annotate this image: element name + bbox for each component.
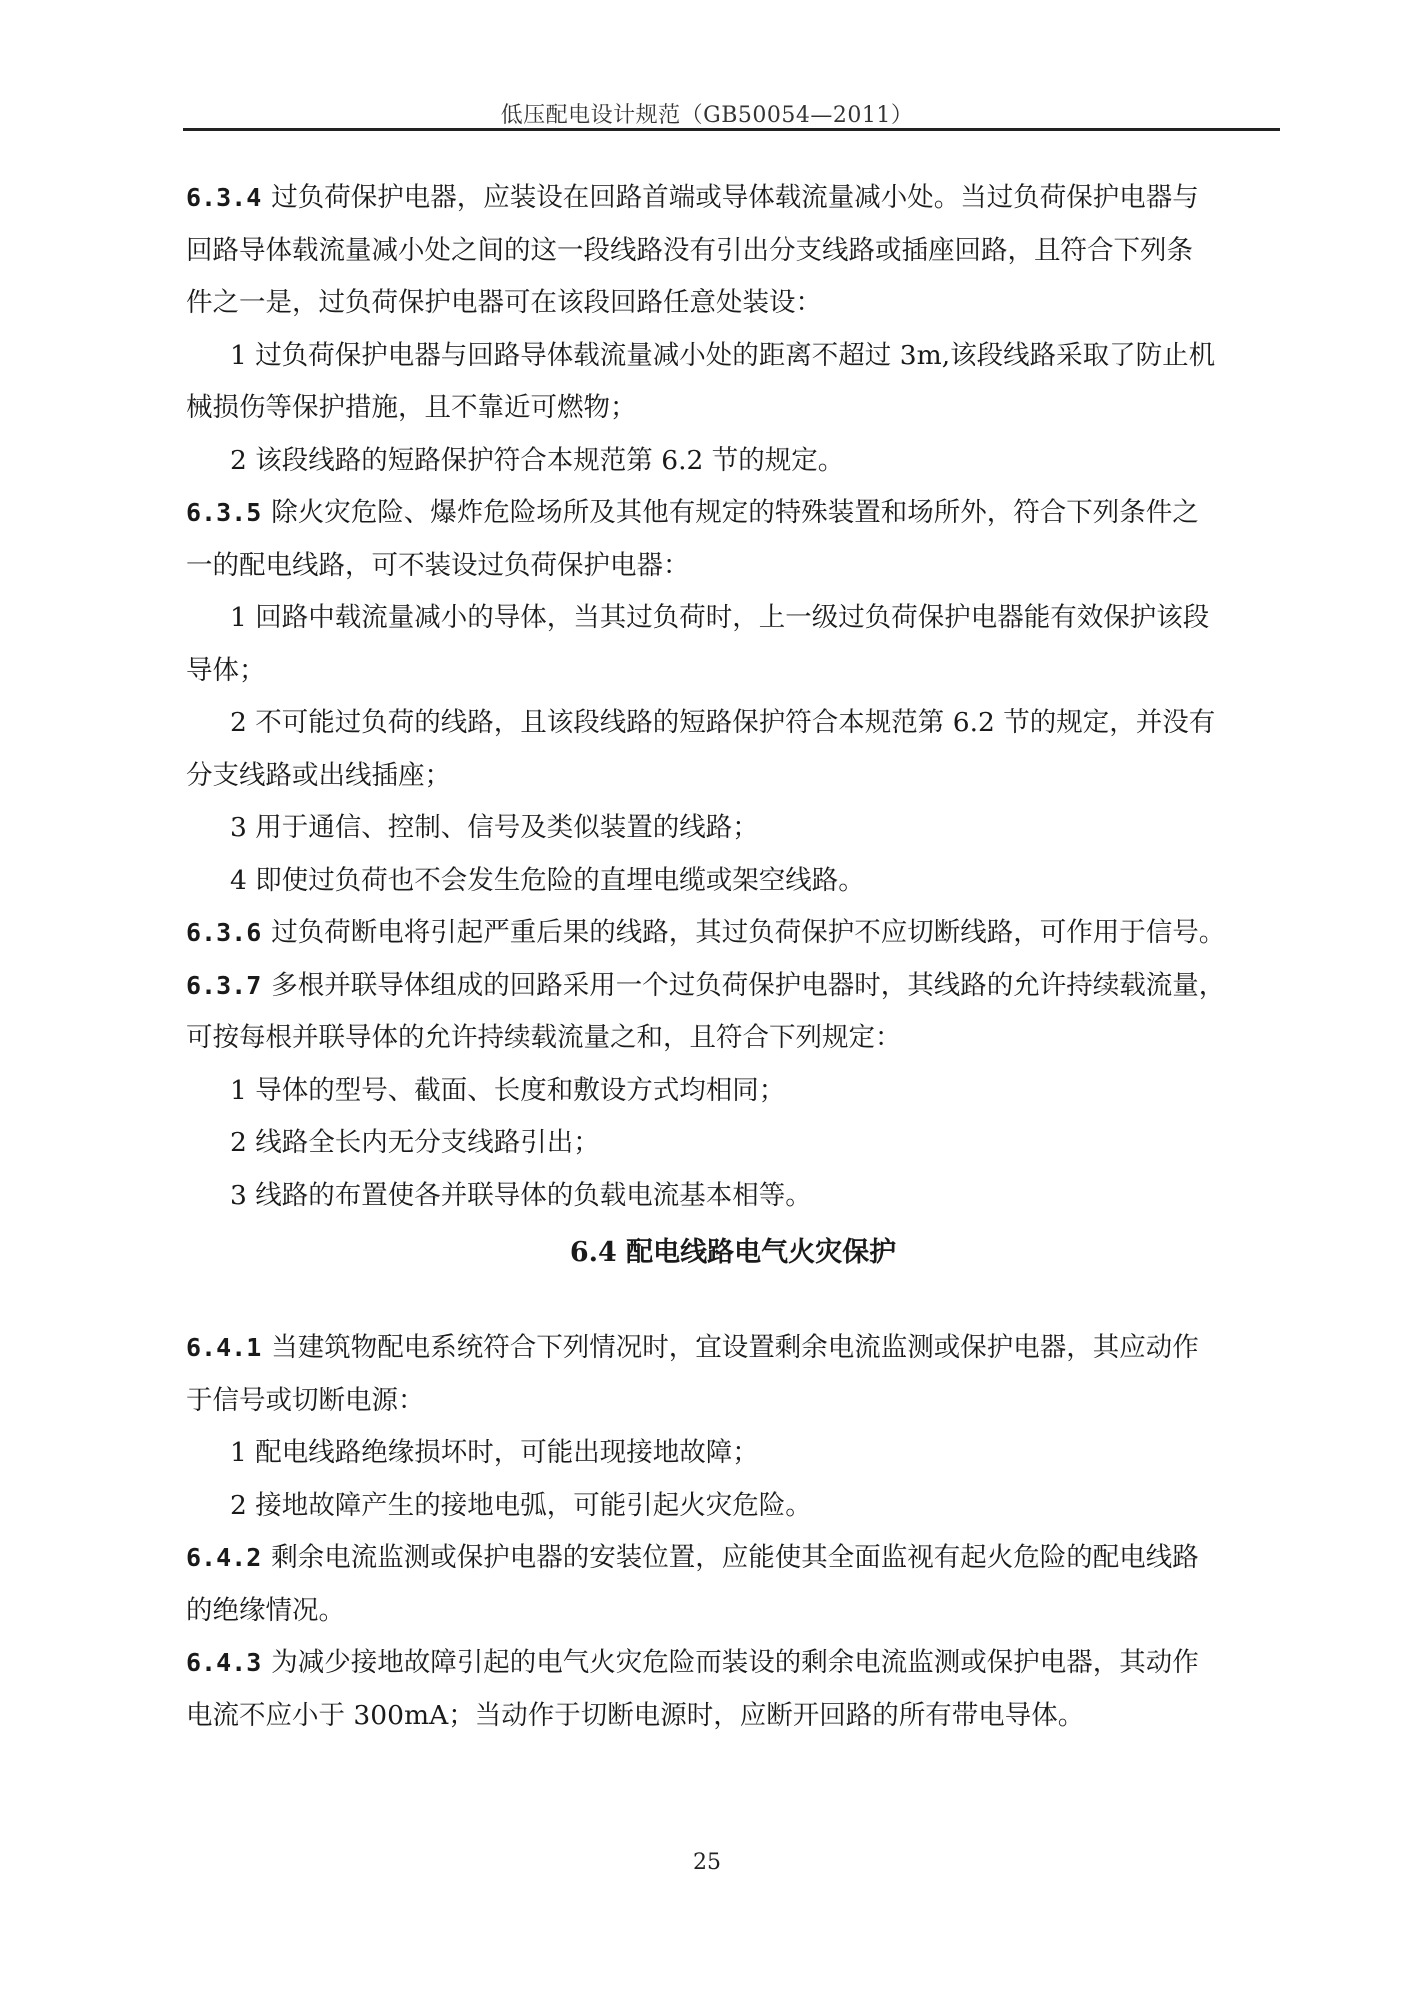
list-item-continuation: 导体； [186,645,1280,698]
list-item: 3 线路的布置使各并联导体的负载电流基本相等。 [186,1170,1280,1223]
clause-6-3-4: 6.3.4过负荷保护电器，应装设在回路首端或导体载流量减小处。当过负荷保护电器与… [186,172,1280,487]
clause-text: 的绝缘情况。 [186,1585,1280,1638]
clause-text: 为减少接地故障引起的电气火灾危险而装设的剩余电流监测或保护电器，其动作 [271,1647,1199,1678]
clause-text: 一的配电线路，可不装设过负荷保护电器： [186,540,1280,593]
list-item-continuation: 分支线路或出线插座； [186,750,1280,803]
list-item: 2 不可能过负荷的线路，且该段线路的短路保护符合本规范第 6.2 节的规定，并没… [186,697,1280,750]
list-item: 4 即使过负荷也不会发生危险的直埋电缆或架空线路。 [186,855,1280,908]
list-item: 3 用于通信、控制、信号及类似装置的线路； [186,802,1280,855]
clause-6-4-3: 6.4.3为减少接地故障引起的电气火灾危险而装设的剩余电流监测或保护电器，其动作… [186,1637,1280,1742]
clause-6-4-2: 6.4.2剩余电流监测或保护电器的安装位置，应能使其全面监视有起火危险的配电线路… [186,1532,1280,1637]
header-divider [183,128,1280,131]
list-item: 1 回路中载流量减小的导体，当其过负荷时，上一级过负荷保护电器能有效保护该段 [186,592,1280,645]
clause-number: 6.3.4 [186,183,261,212]
clause-text: 过负荷断电将引起严重后果的线路，其过负荷保护不应切断线路，可作用于信号。 [271,917,1225,948]
list-item: 1 配电线路绝缘损坏时，可能出现接地故障； [186,1427,1280,1480]
list-item: 2 该段线路的短路保护符合本规范第 6.2 节的规定。 [186,435,1280,488]
clause-text: 多根并联导体组成的回路采用一个过负荷保护电器时，其线路的允许持续载流量， [271,970,1225,1001]
clause-number: 6.4.1 [186,1333,261,1362]
clause-text: 除火灾危险、爆炸危险场所及其他有规定的特殊装置和场所外，符合下列条件之 [271,497,1199,528]
list-item-continuation: 械损伤等保护措施，且不靠近可燃物； [186,382,1280,435]
page-number: 25 [0,1850,1414,1875]
section-heading: 6.4 配电线路电气火灾保护 [186,1228,1280,1298]
clause-text: 过负荷保护电器，应装设在回路首端或导体载流量减小处。当过负荷保护电器与 [271,182,1199,213]
running-header-title: 低压配电设计规范（GB50054—2011） [0,98,1414,129]
clause-6-4-1: 6.4.1当建筑物配电系统符合下列情况时，宜设置剩余电流监测或保护电器，其应动作… [186,1322,1280,1532]
clause-text: 剩余电流监测或保护电器的安装位置，应能使其全面监视有起火危险的配电线路 [271,1542,1199,1573]
clause-6-3-7: 6.3.7多根并联导体组成的回路采用一个过负荷保护电器时，其线路的允许持续载流量… [186,960,1280,1223]
clause-text: 回路导体载流量减小处之间的这一段线路没有引出分支线路或插座回路，且符合下列条 [186,225,1280,278]
list-item: 2 线路全长内无分支线路引出； [186,1117,1280,1170]
clause-text: 可按每根并联导体的允许持续载流量之和，且符合下列规定： [186,1012,1280,1065]
clause-text: 于信号或切断电源： [186,1375,1280,1428]
list-item: 1 过负荷保护电器与回路导体载流量减小处的距离不超过 3m,该段线路采取了防止机 [186,330,1280,383]
clause-text: 电流不应小于 300mA；当动作于切断电源时，应断开回路的所有带电导体。 [186,1690,1280,1743]
clause-number: 6.3.6 [186,918,261,947]
clause-number: 6.4.2 [186,1543,261,1572]
clause-6-3-5: 6.3.5除火灾危险、爆炸危险场所及其他有规定的特殊装置和场所外，符合下列条件之… [186,487,1280,907]
clause-text: 件之一是，过负荷保护电器可在该段回路任意处装设： [186,277,1280,330]
clause-number: 6.3.7 [186,971,261,1000]
document-body: 6.3.4过负荷保护电器，应装设在回路首端或导体载流量减小处。当过负荷保护电器与… [186,172,1280,1742]
clause-number: 6.3.5 [186,498,261,527]
clause-6-3-6: 6.3.6过负荷断电将引起严重后果的线路，其过负荷保护不应切断线路，可作用于信号… [186,907,1280,960]
clause-number: 6.4.3 [186,1648,261,1677]
list-item: 1 导体的型号、截面、长度和敷设方式均相同； [186,1065,1280,1118]
list-item: 2 接地故障产生的接地电弧，可能引起火灾危险。 [186,1480,1280,1533]
clause-text: 当建筑物配电系统符合下列情况时，宜设置剩余电流监测或保护电器，其应动作 [271,1332,1199,1363]
